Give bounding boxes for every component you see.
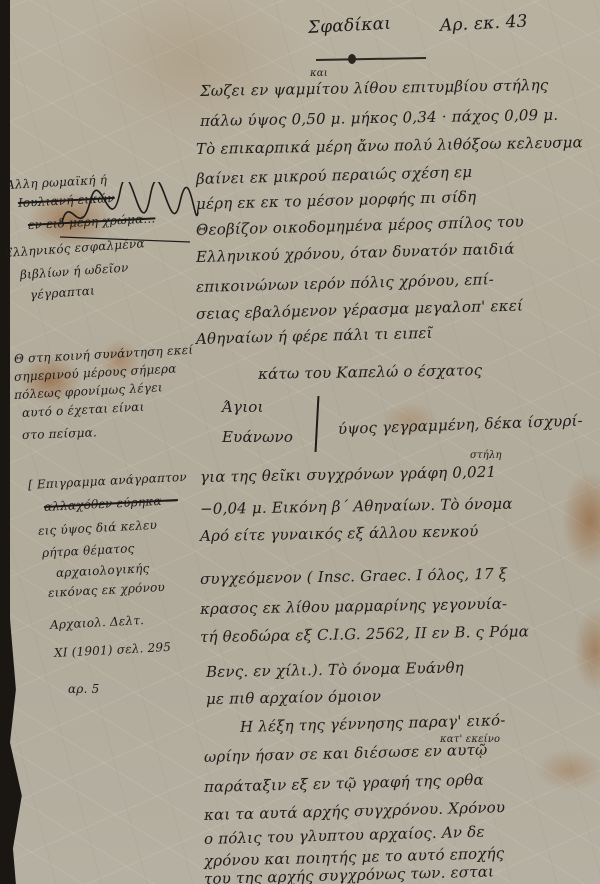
ink-blot [348, 54, 356, 64]
superscript-kai: και [310, 68, 328, 79]
superscript-stili: στήλη [470, 450, 502, 461]
margin-note-3-line-9: αρ. 5 [68, 682, 99, 696]
body-line-euanno: Ευάνωνο [222, 428, 293, 446]
body-line-agioi: Άγιοι [222, 398, 264, 416]
margin-note-2-line-5: στο πείσμα. [22, 425, 97, 442]
body-line-20: με πιθ αρχαίον όμοιον [206, 687, 381, 708]
